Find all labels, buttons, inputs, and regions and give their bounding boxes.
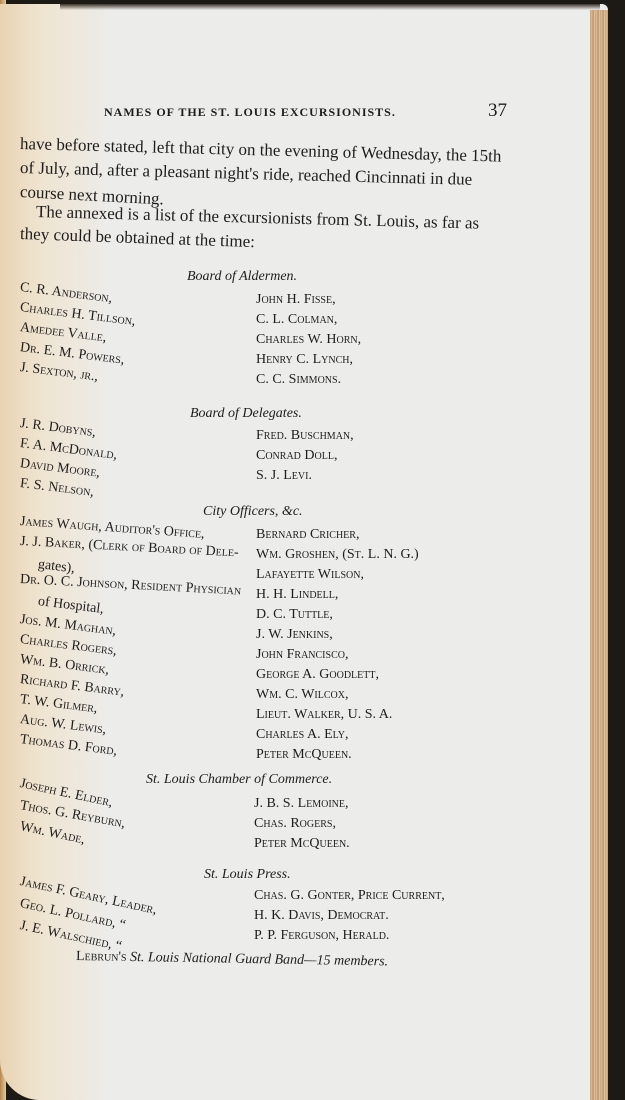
city-officer-right: D. C. Tuttle, [256,607,333,623]
delegate-right: Conrad Doll, [256,448,337,464]
chamber-right: J. B. S. Lemoine, [254,796,349,812]
chamber-right: Chas. Rogers, [254,816,336,832]
city-officer-right: John Francisco, [256,647,348,663]
city-officer-right: Wm. Groshen, (St. L. N. G.) [256,547,419,563]
band-line: Lebrun's St. Louis National Guard Band—1… [76,949,388,970]
city-officer-right: H. H. Lindell, [256,587,338,603]
section-title-chamber-of-commerce: St. Louis Chamber of Commerce. [146,772,332,788]
page-top-shadow [60,4,600,10]
band-leader: Lebrun's [76,949,127,965]
page-number: 37 [488,100,507,122]
alderman-right: John H. Fisse, [256,292,336,308]
alderman-right: C. L. Colman, [256,312,337,328]
city-officer-left: J. J. Baker, (Clerk of Board of Dele- [20,534,239,561]
press-right: Chas. G. Gonter, Price Current, [254,888,445,904]
city-officer-right: Lafayette Wilson, [256,567,364,583]
section-title-aldermen: Board of Aldermen. [187,269,297,285]
chamber-right: Peter McQueen. [254,836,350,852]
band-description: St. Louis National Guard Band—15 members… [130,950,388,970]
alderman-right: C. C. Simmons. [256,372,341,388]
alderman-right: Charles W. Horn, [256,332,361,348]
intro-line: they could be obtained at the time: [20,224,256,252]
delegate-right: Fred. Buschman, [256,428,354,444]
delegate-right: S. J. Levi. [256,468,312,484]
alderman-right: Henry C. Lynch, [256,352,353,368]
press-right: P. P. Ferguson, Herald. [254,928,389,944]
running-head: NAMES OF THE ST. LOUIS EXCURSIONISTS. [104,105,396,120]
city-officer-right: Bernard Cricher, [256,527,359,543]
city-officer-right: J. W. Jenkins, [256,627,333,643]
city-officer-right: George A. Goodlett, [256,667,379,683]
city-officer-right: Lieut. Walker, U. S. A. [256,707,392,723]
section-title-delegates: Board of Delegates. [190,406,302,422]
book-page: NAMES OF THE ST. LOUIS EXCURSIONISTS. 37… [0,4,608,1100]
city-officer-right: Charles A. Ely, [256,727,348,743]
section-title-city-officers: City Officers, &c. [203,504,303,520]
press-right: H. K. Davis, Democrat. [254,908,389,924]
page-edges [590,10,608,1100]
city-officer-right: Peter McQueen. [256,747,352,763]
section-title-press: St. Louis Press. [204,867,291,883]
city-officer-right: Wm. C. Wilcox, [256,687,348,703]
